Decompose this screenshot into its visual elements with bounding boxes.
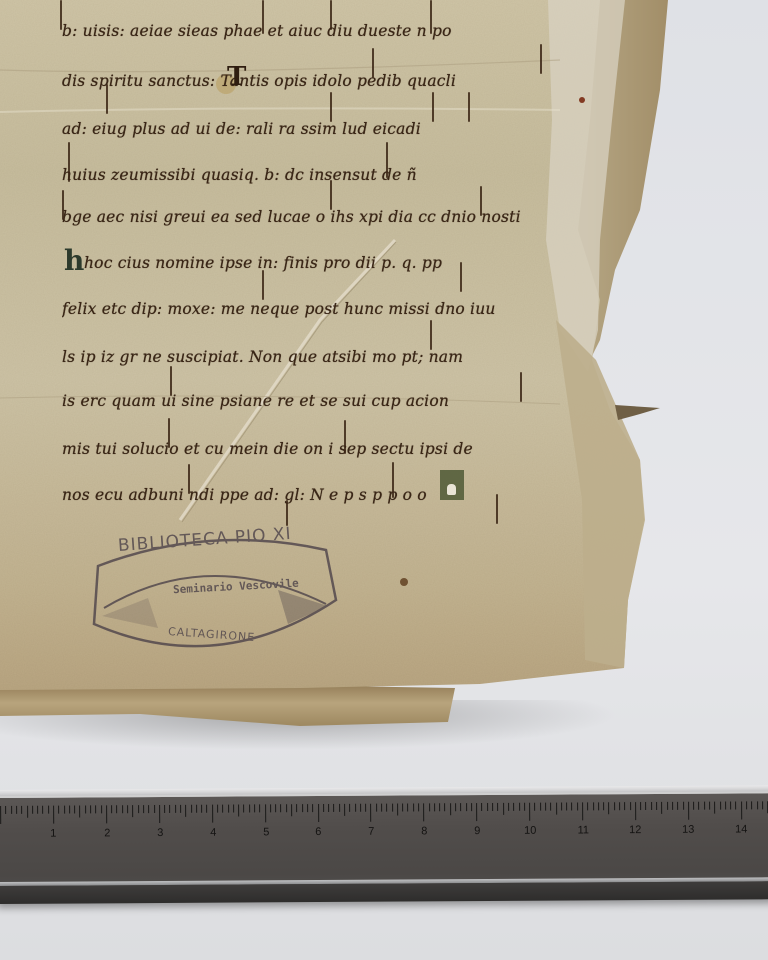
initial-letter-h: h (64, 244, 84, 277)
ruler-tick (550, 803, 551, 811)
ruler-tick (339, 804, 340, 812)
ruler-tick (270, 804, 271, 812)
ruler-tick (143, 805, 144, 813)
ruler-tick (582, 802, 583, 820)
ruler-tick (508, 803, 509, 811)
ruler-tick (630, 802, 631, 810)
ruler-tick (587, 802, 588, 810)
ruler-tick (730, 802, 731, 810)
ruler-tick (323, 804, 324, 812)
ruler-tick (48, 806, 49, 814)
ruler-tick (762, 801, 763, 809)
ruler-tick (74, 806, 75, 814)
ruler-tick (217, 805, 218, 813)
ruler-tick (318, 804, 319, 822)
ruler-tick (196, 805, 197, 813)
ruler-tick (593, 802, 594, 810)
ruler-tick (281, 804, 282, 812)
ruler-tick (704, 802, 705, 810)
ruler-tick (286, 804, 287, 812)
ruler-tick (249, 804, 250, 812)
ruler-tick (392, 804, 393, 812)
ruler-tick (244, 804, 245, 812)
ruler-tick (556, 803, 557, 815)
ruler-label: 14 (735, 823, 747, 835)
ruler-tick (667, 802, 668, 810)
ruler-tick (16, 806, 17, 814)
ruler-tick (720, 802, 721, 810)
ruler-tick (619, 802, 620, 810)
initial-letter-n (440, 470, 464, 500)
ruler-tick (132, 805, 133, 817)
ruler-tick (101, 805, 102, 813)
ruler-tick (482, 803, 483, 811)
ruler-label: 5 (263, 826, 269, 838)
ruler-tick (513, 803, 514, 811)
ruler-label: 9 (474, 825, 480, 837)
ruler-tick (333, 804, 334, 812)
ruler-label: 7 (368, 826, 374, 838)
initial-letter-t: T (227, 62, 246, 92)
ruler-tick (58, 806, 59, 814)
photo-scene: b: uisis: aeiae sieas phae et aiuc diu d… (0, 0, 768, 960)
ruler-tick (169, 805, 170, 813)
ruler-tick (127, 805, 128, 813)
ruler-tick (201, 805, 202, 813)
ruler-tick (476, 803, 477, 821)
ruler-tick (635, 802, 636, 820)
ruler-label: 12 (629, 824, 641, 836)
ruler-tick (376, 804, 377, 812)
ruler-tick (413, 803, 414, 811)
ruler-tick (450, 803, 451, 815)
ruler-tick (757, 801, 758, 809)
ruler-tick (117, 805, 118, 813)
ruler-tick (423, 803, 424, 821)
ruler-tick (561, 803, 562, 811)
ruler-label: 13 (682, 824, 694, 836)
ruler-tick (238, 805, 239, 817)
ruler-label: 10 (524, 825, 536, 837)
ruler-tick (175, 805, 176, 813)
ruler-tick (32, 806, 33, 814)
ruler-tick (349, 804, 350, 812)
library-stamp: BIBLIOTECA PIO XI Seminario Vescovile CA… (88, 528, 343, 653)
ruler-tick (529, 803, 530, 821)
ruler-tick (296, 804, 297, 812)
ruler-tick (524, 803, 525, 811)
ruler-tick (540, 803, 541, 811)
ruler-tick (519, 803, 520, 811)
ruler-tick (95, 805, 96, 813)
ruler-tick (661, 802, 662, 814)
ruler-tick (683, 802, 684, 810)
ruler-tick (185, 805, 186, 817)
ruler-tick (651, 802, 652, 810)
ruler-tick (360, 804, 361, 812)
ruler-tick (312, 804, 313, 812)
ruler-tick (656, 802, 657, 810)
ruler-lower-edge (0, 881, 768, 904)
ruler-tick (492, 803, 493, 811)
ruler-tick (233, 805, 234, 813)
ruler-tick (709, 802, 710, 810)
ruler-tick (254, 804, 255, 812)
ruler-tick (344, 804, 345, 816)
ruler-tick (466, 803, 467, 811)
ruler-tick (159, 805, 160, 823)
ruler-label: 1 (50, 828, 56, 840)
ruler-tick (439, 803, 440, 811)
ruler-tick (191, 805, 192, 813)
ruler-tick (302, 804, 303, 812)
ruler-tick (85, 805, 86, 813)
ruler-tick (259, 804, 260, 812)
ruler-tick (328, 804, 329, 812)
ruler-tick (566, 803, 567, 811)
ruler-tick (11, 806, 12, 814)
ruler-tick (455, 803, 456, 811)
ruler-tick (460, 803, 461, 811)
ruler-tick (355, 804, 356, 812)
ruler-tick (122, 805, 123, 813)
ruler-tick (640, 802, 641, 810)
ruler-tick (80, 805, 81, 817)
ruler-label: 6 (315, 826, 321, 838)
ruler-tick (429, 803, 430, 811)
ruler-tick (111, 805, 112, 813)
ruler-tick (164, 805, 165, 813)
ruler-tick (138, 805, 139, 813)
ruler-tick (614, 802, 615, 810)
ruler-label: 2 (104, 827, 110, 839)
ruler-tick (545, 803, 546, 811)
ruler-tick (688, 802, 689, 820)
ruler-label: 11 (578, 824, 589, 836)
ruler-tick (725, 802, 726, 810)
ruler-tick (5, 806, 6, 814)
ruler-tick (106, 805, 107, 823)
ruler-tick (487, 803, 488, 811)
ruler-tick (698, 802, 699, 810)
ruler-tick (370, 804, 371, 822)
ruler-tick (37, 806, 38, 814)
ruler-tick (291, 804, 292, 816)
ruler-tick (228, 805, 229, 813)
ruler-tick (571, 802, 572, 810)
ruler-tick (207, 805, 208, 813)
ruler-tick (603, 802, 604, 810)
ruler-tick (609, 802, 610, 814)
ruler-tick (90, 805, 91, 813)
ruler-tick (693, 802, 694, 810)
ruler-tick (418, 803, 419, 811)
ruler-label: 4 (210, 827, 216, 839)
ruler-tick (741, 801, 742, 819)
ruler-tick (397, 804, 398, 816)
scale-ruler: 1234567891011121314 (0, 785, 768, 908)
ruler-tick (180, 805, 181, 813)
ruler-tick (746, 801, 747, 809)
ruler-tick (27, 806, 28, 818)
ruler-tick (577, 802, 578, 810)
ruler-tick (148, 805, 149, 813)
ruler-tick (503, 803, 504, 815)
ruler-label: 3 (157, 827, 163, 839)
ruler-tick (21, 806, 22, 814)
ruler-tick (534, 803, 535, 811)
ruler-tick (735, 801, 736, 809)
ruler-tick (598, 802, 599, 810)
ruler-tick (43, 806, 44, 814)
ruler-tick (275, 804, 276, 812)
ruler-tick (265, 804, 266, 822)
ruler-tick (677, 802, 678, 810)
ruler-tick (386, 804, 387, 812)
ruler-tick (154, 805, 155, 813)
ruler-tick (53, 806, 54, 824)
ruler-tick (212, 805, 213, 823)
ruler-tick (714, 802, 715, 814)
ruler-tick (365, 804, 366, 812)
ruler-tick (471, 803, 472, 811)
ruler-tick (64, 806, 65, 814)
ruler-label: 8 (421, 825, 427, 837)
ruler-tick (69, 806, 70, 814)
ruler-tick (624, 802, 625, 810)
ruler-tick (497, 803, 498, 811)
ruler-tick (434, 803, 435, 811)
ruler-tick (672, 802, 673, 810)
ruler-tick (222, 805, 223, 813)
ruler-tick (408, 803, 409, 811)
ruler-tick (445, 803, 446, 811)
ruler-tick (307, 804, 308, 812)
ruler-tick (751, 801, 752, 809)
ruler-tick (0, 806, 1, 824)
ruler-tick (646, 802, 647, 810)
ruler-tick (381, 804, 382, 812)
ruler-tick (402, 804, 403, 812)
